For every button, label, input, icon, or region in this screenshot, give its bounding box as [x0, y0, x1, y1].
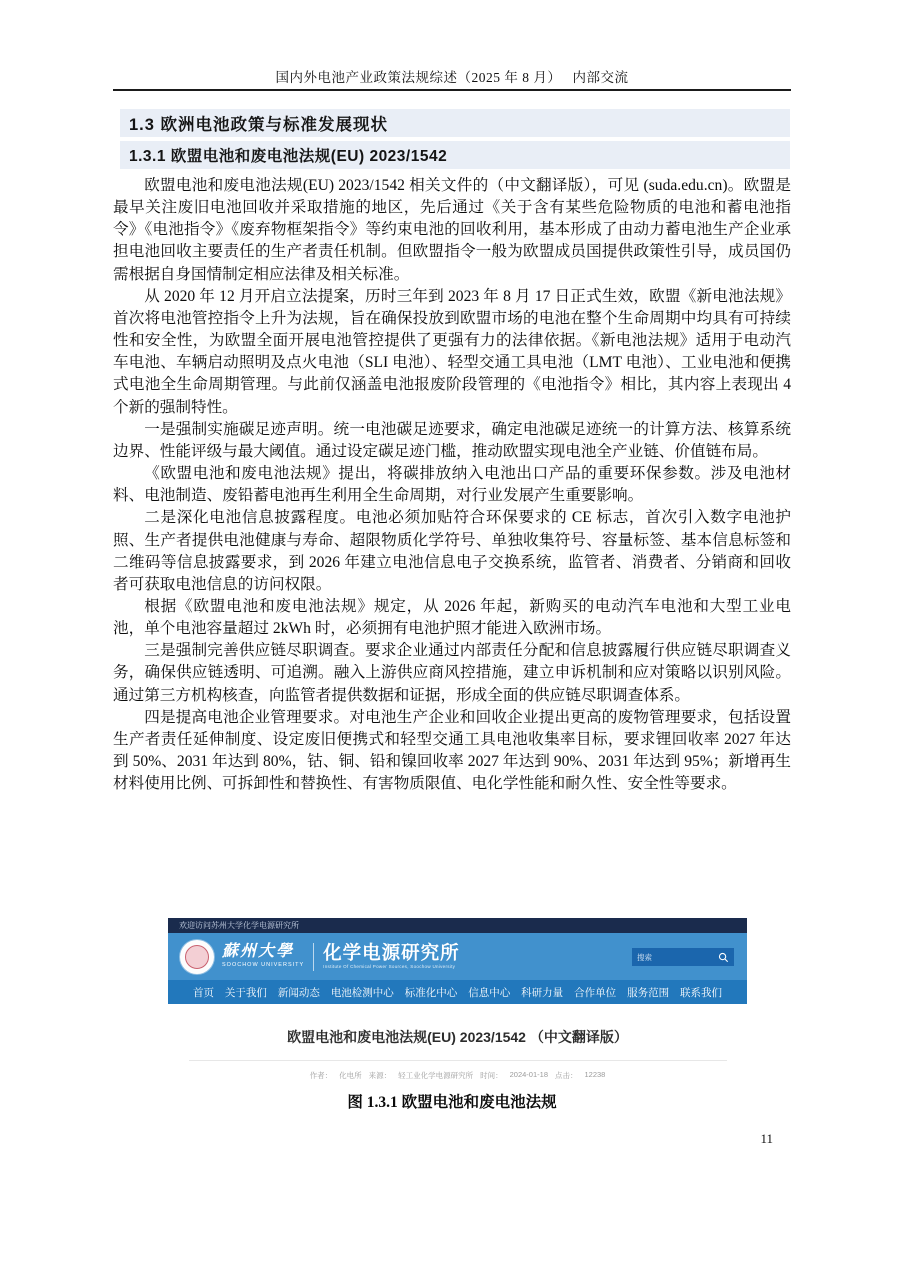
site-article-area: 欧盟电池和废电池法规(EU) 2023/1542 （中文翻译版） 作者：化电所 … [168, 1004, 747, 1081]
section-heading-1-3: 1.3 欧洲电池政策与标准发展现状 [120, 109, 790, 137]
nav-item: 科研力量 [521, 985, 563, 1000]
figure-caption: 图 1.3.1 欧盟电池和废电池法规 [113, 1090, 791, 1112]
search-icon [718, 952, 729, 963]
paragraph-carbon-export: 《欧盟电池和废电池法规》提出，将碳排放纳入电池出口产品的重要环保参数。涉及电池材… [113, 463, 791, 507]
meta-source: 轻工业化学电源研究所 [398, 1070, 473, 1081]
paragraph-feature-4-management: 四是提高电池企业管理要求。对电池生产企业和回收企业提出更高的废物管理要求，包括设… [113, 707, 791, 796]
institute-logo-block: 化学电源研究所 Institute Of Chemical Power Sour… [323, 944, 460, 970]
site-nav-bar: 首页关于我们新闻动态电池检测中心标准化中心信息中心科研力量合作单位服务范围联系我… [168, 980, 747, 1004]
section-heading-1-3-1: 1.3.1 欧盟电池和废电池法规(EU) 2023/1542 [120, 141, 790, 169]
article-divider [189, 1060, 727, 1061]
site-search-box: 搜索 [632, 948, 734, 966]
figure-website-screenshot: 欢迎访问苏州大学化学电源研究所 蘇州大學 SOOCHOW UNIVERSITY … [168, 918, 747, 1081]
nav-item: 服务范围 [627, 985, 669, 1000]
header-rule [113, 89, 791, 91]
nav-item: 合作单位 [574, 985, 616, 1000]
nav-item: 信息中心 [468, 985, 510, 1000]
body-text-column: 欧盟电池和废电池法规(EU) 2023/1542 相关文件的（中文翻译版），可见… [113, 175, 791, 795]
nav-item: 联系我们 [680, 985, 722, 1000]
meta-clicks-label: 点击： [555, 1070, 578, 1081]
search-placeholder: 搜索 [637, 952, 652, 963]
soochow-university-seal-icon [180, 940, 214, 974]
document-page: 国内外电池产业政策法规综述（2025 年 8 月） 内部交流 1.3 欧洲电池政… [0, 0, 902, 1276]
institute-name: 化学电源研究所 [323, 944, 460, 963]
university-name-english: SOOCHOW UNIVERSITY [222, 963, 304, 969]
meta-author-label: 作者： [310, 1070, 333, 1081]
nav-item: 首页 [193, 985, 214, 1000]
article-title: 欧盟电池和废电池法规(EU) 2023/1542 （中文翻译版） [168, 1027, 747, 1047]
meta-time-label: 时间： [480, 1070, 503, 1081]
institute-name-english: Institute Of Chemical Power Sources, Soo… [323, 965, 460, 970]
nav-item: 关于我们 [225, 985, 267, 1000]
paragraph-battery-passport: 根据《欧盟电池和废电池法规》规定，从 2026 年起，新购买的电动汽车电池和大型… [113, 596, 791, 640]
site-welcome-bar: 欢迎访问苏州大学化学电源研究所 [168, 918, 747, 933]
paragraph-feature-2-information-disclosure: 二是深化电池信息披露程度。电池必须加贴符合环保要求的 CE 标志，首次引入数字电… [113, 507, 791, 596]
nav-item: 新闻动态 [278, 985, 320, 1000]
paragraph-intro: 欧盟电池和废电池法规(EU) 2023/1542 相关文件的（中文翻译版），可见… [113, 175, 791, 286]
meta-clicks: 12238 [585, 1070, 606, 1081]
page-number: 11 [113, 1131, 773, 1147]
meta-time: 2024-01-18 [510, 1070, 548, 1081]
nav-item: 电池检测中心 [331, 985, 394, 1000]
article-meta-line: 作者：化电所 来源：轻工业化学电源研究所 时间：2024-01-18 点击：12… [168, 1070, 747, 1081]
meta-source-label: 来源： [369, 1070, 392, 1081]
site-header-band: 蘇州大學 SOOCHOW UNIVERSITY 化学电源研究所 Institut… [168, 933, 747, 980]
university-logo-block: 蘇州大學 SOOCHOW UNIVERSITY [222, 944, 304, 969]
university-name: 蘇州大學 [222, 944, 304, 960]
paragraph-feature-1-carbon-footprint: 一是强制实施碳足迹声明。统一电池碳足迹要求，确定电池碳足迹统一的计算方法、核算系… [113, 419, 791, 463]
meta-author: 化电所 [339, 1070, 362, 1081]
paragraph-legislation-history: 从 2020 年 12 月开启立法提案，历时三年到 2023 年 8 月 17 … [113, 286, 791, 419]
paragraph-feature-3-due-diligence: 三是强制完善供应链尽职调查。要求企业通过内部责任分配和信息披露履行供应链尽职调查… [113, 640, 791, 706]
nav-item: 标准化中心 [405, 985, 458, 1000]
running-header: 国内外电池产业政策法规综述（2025 年 8 月） 内部交流 [113, 66, 791, 86]
logo-divider [313, 943, 314, 971]
